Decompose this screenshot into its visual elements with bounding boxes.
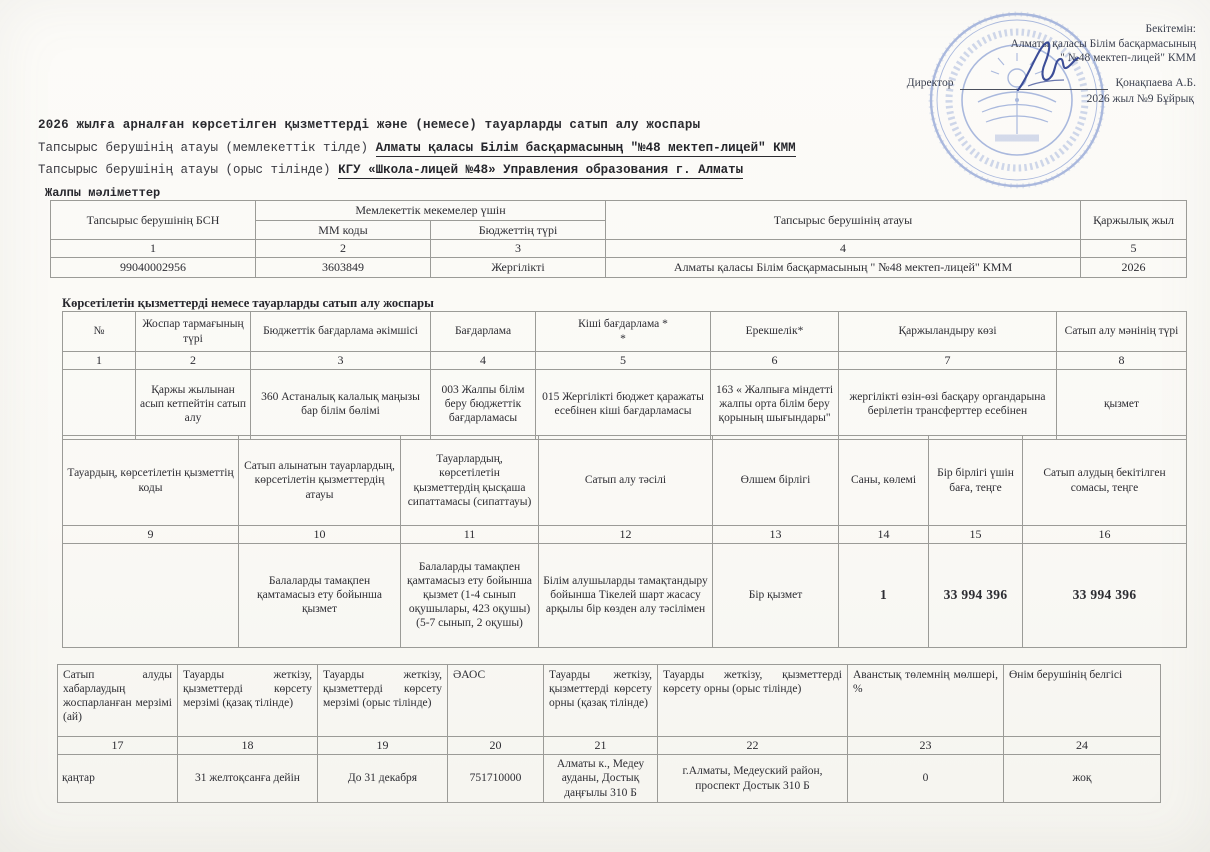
header-row: № Жоспар тармағының түрі Бюджеттік бағда… [63, 312, 1187, 352]
col-number: 15 [929, 526, 1023, 544]
plan-table-part3: Сатып алуды хабарлаудың жоспарланған мер… [57, 664, 1161, 803]
cell-bsn: 99040002956 [51, 257, 256, 277]
header-cell: Саны, көлемі [839, 436, 929, 526]
col-number: 24 [1004, 737, 1161, 755]
cell-mm-code: 3603849 [256, 257, 431, 277]
col-number: 4 [431, 352, 536, 370]
header-cell: Бір бірлігі үшін баға, теңге [929, 436, 1023, 526]
col-number: 8 [1057, 352, 1187, 370]
approve-label: Бекітемін: [824, 22, 1196, 37]
col-number: 3 [251, 352, 431, 370]
header-cell: ӘАОС [448, 665, 544, 737]
director-signature [1008, 36, 1092, 100]
col-number: 13 [713, 526, 839, 544]
header-cell: Сатып алу тәсілі [539, 436, 713, 526]
procurement-plan-document: Бекітемін: Алматы қаласы Білім басқармас… [0, 0, 1210, 852]
header-cell: Сатып алу мәнінің түрі [1057, 312, 1187, 352]
cell-delivery-place-kz: Алматы к., Медеу ауданы, Достық даңғылы … [544, 755, 658, 803]
customer-kz-value: Алматы қаласы Білім басқармасының "№48 м… [376, 141, 796, 157]
header-cell: Бағдарлама [431, 312, 536, 352]
cell-unit-price: 33 994 396 [929, 543, 1023, 647]
cell-procurement-method: Білім алушыларды тамақтандыру бойынша Ті… [539, 543, 713, 647]
cell-subprogram: 015 Жергілікті бюджет қаражаты есебінен … [536, 369, 711, 439]
header-cell: Сатып алудың бекітілген сомасы, теңге [1023, 436, 1187, 526]
table-row: 99040002956 3603849 Жергілікті Алматы қа… [51, 257, 1187, 277]
header-cell: Қаржыландыру көзі [839, 312, 1057, 352]
col-number: 2 [136, 352, 251, 370]
header-cell: ММ коды [256, 220, 431, 240]
header-cell: Тапсырыс берушінің БСН [51, 201, 256, 240]
customer-ru-value: КГУ «Школа-лицей №48» Управления образов… [338, 163, 743, 179]
cell-supplier-mark: жоқ [1004, 755, 1161, 803]
header-cell: Тауарды жеткізу, қызметтерді көрсету орн… [658, 665, 848, 737]
cell-subject-type: қызмет [1057, 369, 1187, 439]
cell-service-description: Балаларды тамақпен қамтамасыз ету бойынш… [401, 543, 539, 647]
table-row: Қаржы жылынан асып кетпейтін сатып алу 3… [63, 369, 1187, 439]
col-number: 19 [318, 737, 448, 755]
cell-service-code [63, 543, 239, 647]
col-number: 14 [839, 526, 929, 544]
header-cell: Тауарды жеткізу, қызметтерді көрсету мер… [178, 665, 318, 737]
cell-announce-month: қаңтар [58, 755, 178, 803]
col-number: 6 [711, 352, 839, 370]
document-title: 2026 жылға арналған көрсетілген қызметте… [38, 118, 700, 132]
header-row: Тауардың, көрсетілетін қызметтің коды Са… [63, 436, 1187, 526]
header-cell: Мемлекеттік мекемелер үшін [256, 201, 606, 221]
general-info-table: Тапсырыс берушінің БСН Мемлекеттік мекем… [50, 200, 1187, 278]
cell-kato-code: 751710000 [448, 755, 544, 803]
header-cell: Бюджеттің түрі [431, 220, 606, 240]
col-number: 9 [63, 526, 239, 544]
cell-advance-percent: 0 [848, 755, 1004, 803]
header-cell: Сатып алынатын тауарлардың, көрсетілетін… [239, 436, 401, 526]
col-number: 2 [256, 240, 431, 258]
col-number: 20 [448, 737, 544, 755]
header-cell: Ерекшелік* [711, 312, 839, 352]
header-cell: Қаржылық жыл [1081, 201, 1187, 240]
customer-kz-label: Тапсырыс берушінің атауы (мемлекеттік ті… [38, 141, 368, 155]
cell-plan-item-type: Қаржы жылынан асып кетпейтін сатып алу [136, 369, 251, 439]
customer-kz-sep [368, 141, 376, 155]
cell-unit: Бір қызмет [713, 543, 839, 647]
header-cell: № [63, 312, 136, 352]
customer-ru-sep [331, 163, 339, 177]
col-number: 23 [848, 737, 1004, 755]
cell-customer-name: Алматы қаласы Білім басқармасының " №48 … [606, 257, 1081, 277]
col-number: 4 [606, 240, 1081, 258]
plan-table-part2: Тауардың, көрсетілетін қызметтің коды Са… [62, 435, 1187, 648]
customer-kz-line: Тапсырыс берушінің атауы (мемлекеттік ті… [38, 141, 796, 155]
header-cell: Тауарды жеткізу, қызметтерді көрсету мер… [318, 665, 448, 737]
cell-approved-amount: 33 994 396 [1023, 543, 1187, 647]
header-cell: Өнім берушінің белгісі [1004, 665, 1161, 737]
header-cell: Тауарлардың, көрсетілетін қызметтердің қ… [401, 436, 539, 526]
table-row: қаңтар 31 желтоқсанға дейін До 31 декабр… [58, 755, 1161, 803]
col-number: 3 [431, 240, 606, 258]
cell-delivery-term-ru: До 31 декабря [318, 755, 448, 803]
general-info-title: Жалпы мәліметтер [45, 186, 160, 200]
table-row: Балаларды тамақпен қамтамасыз ету бойынш… [63, 543, 1187, 647]
header-cell: Бюджеттік бағдарлама әкімшісі [251, 312, 431, 352]
cell-quantity: 1 [839, 543, 929, 647]
col-number: 5 [536, 352, 711, 370]
cell-program: 003 Жалпы білім беру бюджеттік бағдарлам… [431, 369, 536, 439]
col-number: 7 [839, 352, 1057, 370]
director-name: Қонақпаева А.Б. [1115, 76, 1196, 91]
column-number-row: 1 2 3 4 5 [51, 240, 1187, 258]
header-cell: Өлшем бірлігі [713, 436, 839, 526]
header-cell: Сатып алуды хабарлаудың жоспарланған мер… [58, 665, 178, 737]
col-number: 22 [658, 737, 848, 755]
cell-year: 2026 [1081, 257, 1187, 277]
cell-no [63, 369, 136, 439]
col-number: 12 [539, 526, 713, 544]
col-number: 11 [401, 526, 539, 544]
col-number: 1 [63, 352, 136, 370]
header-cell: Тапсырыс берушінің атауы [606, 201, 1081, 240]
col-number: 10 [239, 526, 401, 544]
header-cell: Кіші бағдарлама * * [536, 312, 711, 352]
col-number: 5 [1081, 240, 1187, 258]
director-label: Директор [907, 76, 954, 91]
header-cell: Тауардың, көрсетілетін қызметтің коды [63, 436, 239, 526]
cell-delivery-term-kz: 31 желтоқсанға дейін [178, 755, 318, 803]
cell-delivery-place-ru: г.Алматы, Медеуский район, проспект Дост… [658, 755, 848, 803]
col-number: 17 [58, 737, 178, 755]
plan-title: Көрсетілетін қызметтерді немесе тауарлар… [62, 296, 434, 311]
cell-budget-admin: 360 Астаналық калалық маңызы бар білім б… [251, 369, 431, 439]
col-number: 16 [1023, 526, 1187, 544]
plan-table-part1: № Жоспар тармағының түрі Бюджеттік бағда… [62, 311, 1187, 440]
customer-ru-label: Тапсырыс берушінің атауы (орыс тілінде) [38, 163, 331, 177]
header-cell: Тауарды жеткізу, қызметтерді көрсету орн… [544, 665, 658, 737]
column-number-row: 17 18 19 20 21 22 23 24 [58, 737, 1161, 755]
col-number: 21 [544, 737, 658, 755]
header-cell: Жоспар тармағының түрі [136, 312, 251, 352]
col-number: 18 [178, 737, 318, 755]
header-cell: Аванстық төлемнің мөлшері, % [848, 665, 1004, 737]
column-number-row: 9 10 11 12 13 14 15 16 [63, 526, 1187, 544]
cell-funding-source: жергілікті өзін-өзі басқару органдарына … [839, 369, 1057, 439]
customer-ru-line: Тапсырыс берушінің атауы (орыс тілінде) … [38, 163, 743, 177]
cell-service-name: Балаларды тамақпен қамтамасыз ету бойынш… [239, 543, 401, 647]
cell-budget-type: Жергілікті [431, 257, 606, 277]
header-row: Сатып алуды хабарлаудың жоспарланған мер… [58, 665, 1161, 737]
col-number: 1 [51, 240, 256, 258]
cell-specifics: 163 « Жалпыға міндетті жалпы орта білім … [711, 369, 839, 439]
column-number-row: 1 2 3 4 5 6 7 8 [63, 352, 1187, 370]
